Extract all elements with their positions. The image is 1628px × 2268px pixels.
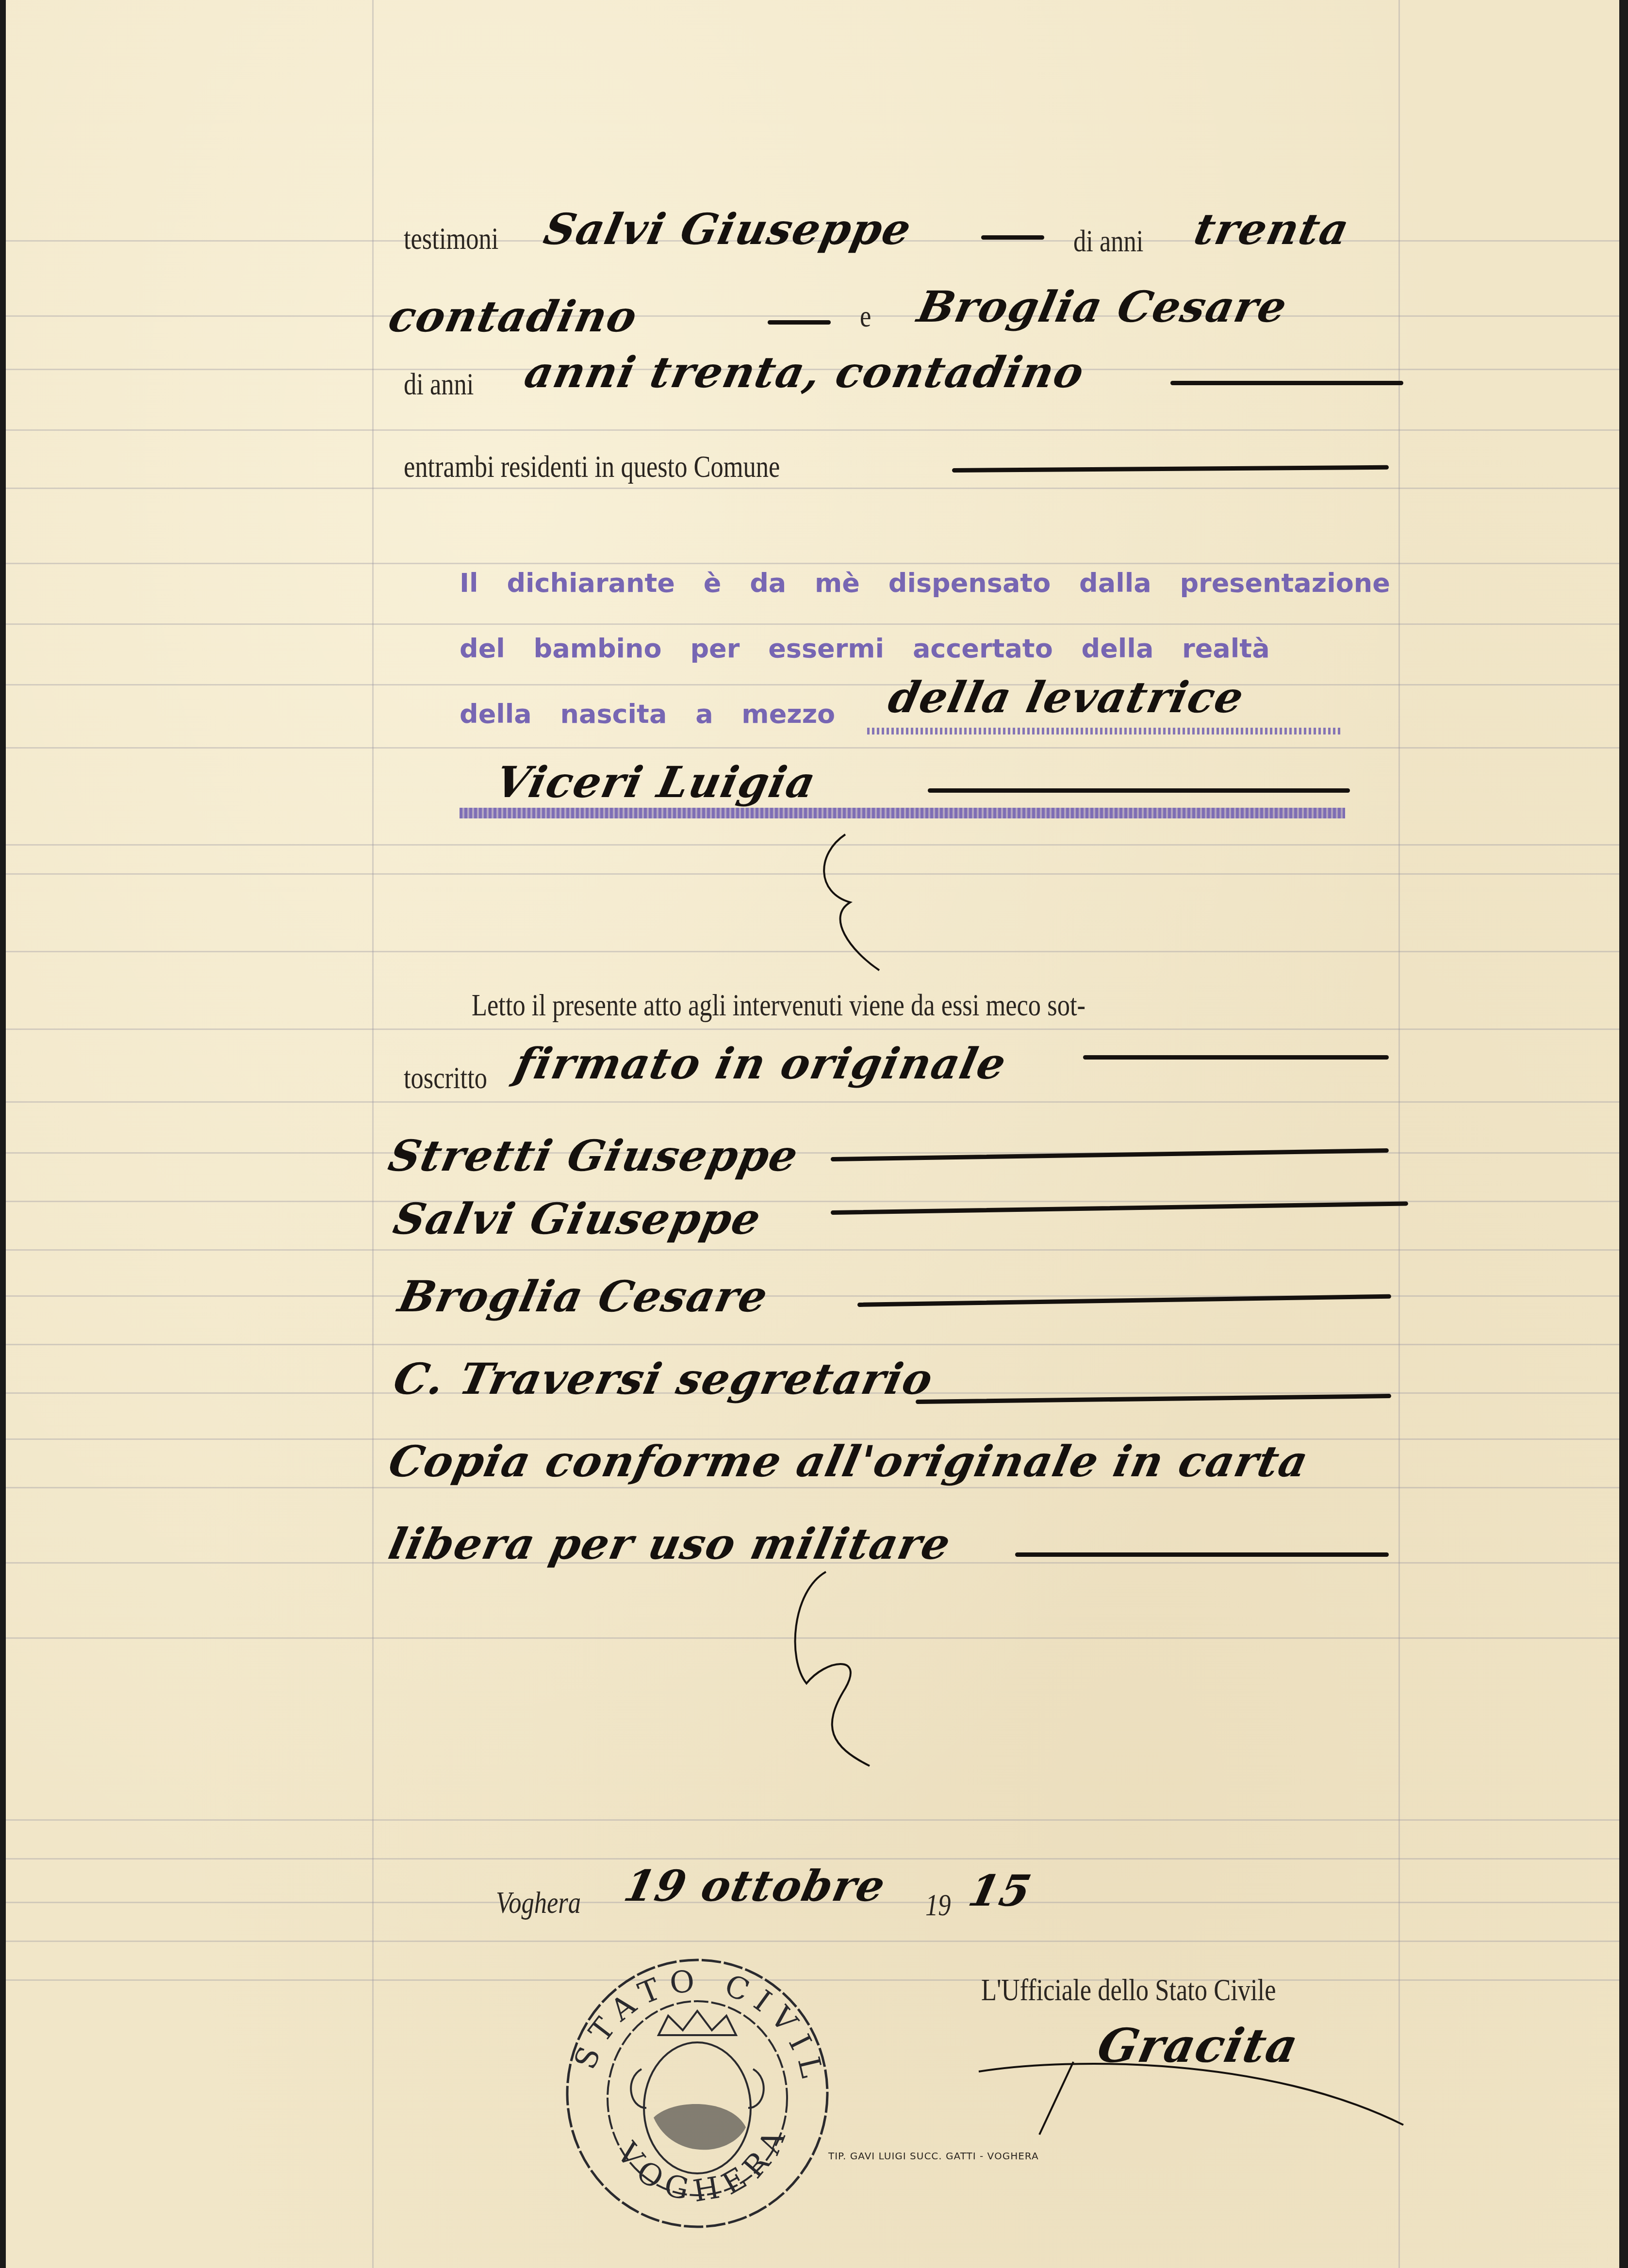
ruled-line	[6, 623, 1619, 625]
flourish-icon	[773, 1562, 947, 1771]
signature-1: Stretti Giuseppe	[384, 1130, 803, 1181]
reading-clause-fill: firmato in originale	[510, 1038, 1011, 1089]
ruled-line	[6, 563, 1619, 564]
stamp-line-1: Il dichiarante è da mè dispensato dalla …	[460, 568, 1390, 598]
fill-dash	[981, 235, 1044, 240]
ruled-line	[6, 429, 1619, 431]
officer-title: L'Ufficiale dello Stato Civile	[981, 1972, 1276, 2008]
fill-dash	[952, 465, 1389, 473]
year-prefix: 19	[925, 1887, 951, 1923]
signature-2: Salvi Giuseppe	[389, 1193, 766, 1244]
certification-line-1: Copia conforme all'originale in carta	[384, 1436, 1313, 1486]
margin-line-right	[1398, 0, 1400, 2268]
label-testimoni: testimoni	[404, 221, 498, 257]
civil-registry-seal-icon: STATO CIVILE VOGHERA	[557, 1953, 838, 2234]
signature-4: C. Traversi segretario	[389, 1354, 938, 1404]
witness1-occupation: contadino	[384, 291, 642, 342]
ruled-line	[6, 1819, 1619, 1821]
fill-dash	[831, 1201, 1408, 1215]
ruled-line	[6, 1941, 1619, 1942]
label-di-anni-1: di anni	[1073, 223, 1143, 259]
signature-3: Broglia Cesare	[394, 1271, 773, 1322]
witness1-name: Salvi Giuseppe	[540, 204, 916, 254]
witness2-name: Broglia Cesare	[913, 281, 1292, 332]
stamp-line-3: della nascita a mezzo	[460, 699, 835, 729]
midwife-fill: della levatrice	[884, 672, 1249, 722]
svg-text:STATO CIVILE: STATO CIVILE	[557, 1953, 832, 2089]
certification-line-2: libera per uso militare	[384, 1518, 955, 1569]
ruled-line	[6, 1344, 1619, 1345]
stamp-line-2: del bambino per essermi accertato della …	[460, 633, 1270, 664]
ruled-line	[6, 1101, 1619, 1103]
ruled-line	[6, 315, 1619, 317]
ruled-line	[6, 488, 1619, 489]
label-e: e	[860, 298, 871, 334]
label-di-anni-2: di anni	[404, 366, 474, 402]
ruled-line	[6, 1028, 1619, 1030]
stamp-bar	[460, 808, 1345, 818]
ruled-line	[6, 747, 1619, 749]
ruled-line	[6, 1249, 1619, 1251]
fill-dash	[1083, 1055, 1389, 1060]
midwife-name: Viceri Luigia	[491, 757, 821, 807]
printer-imprint: TIP. GAVI LUIGI SUCC. GATTI - VOGHERA	[828, 2150, 1039, 2162]
flourish-icon	[806, 825, 928, 985]
witness2-age-occupation: anni trenta, contadino	[520, 347, 1089, 397]
reading-clause-line-1: Letto il presente atto agli intervenuti …	[472, 987, 1085, 1023]
reading-clause-prefix: toscritto	[404, 1060, 487, 1096]
fill-dash	[1170, 381, 1403, 385]
place-label: Voghera	[496, 1885, 581, 1921]
ruled-line	[6, 1487, 1619, 1488]
year-suffix: 15	[964, 1865, 1036, 1916]
fill-dash	[831, 1148, 1389, 1161]
ruled-line	[6, 684, 1619, 685]
date-fill: 19 ottobre	[620, 1860, 890, 1911]
fill-dash	[928, 788, 1350, 793]
stamp-dotted-line	[867, 728, 1340, 734]
fill-dash	[916, 1394, 1391, 1404]
document-page: testimoni Salvi Giuseppe di anni trenta …	[6, 0, 1619, 2268]
signature-flourish-icon	[976, 2052, 1413, 2149]
fill-dash	[768, 320, 831, 325]
label-residence: entrambi residenti in questo Comune	[404, 449, 780, 485]
witness1-age: trenta	[1190, 204, 1354, 254]
ruled-line	[6, 1858, 1619, 1860]
margin-line-left	[372, 0, 374, 2268]
fill-dash	[1015, 1552, 1389, 1557]
